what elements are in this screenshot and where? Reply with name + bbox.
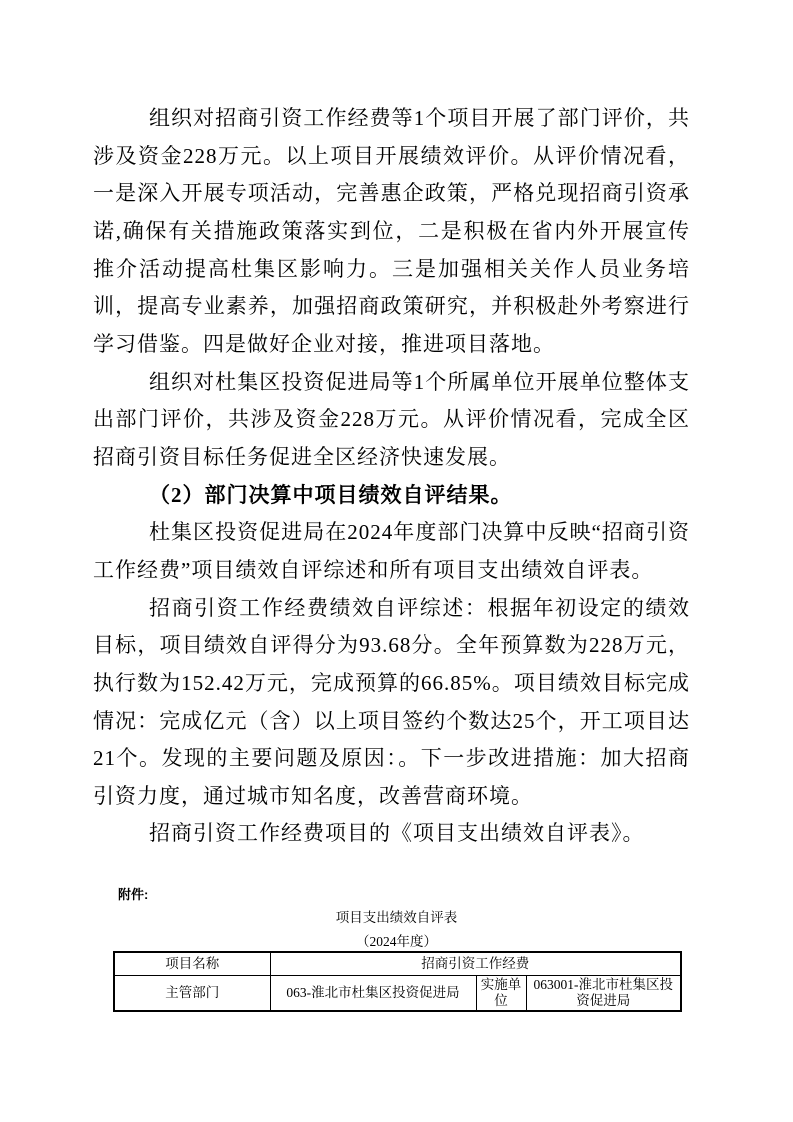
- body-paragraph-3: 杜集区投资促进局在2024年度部门决算中反映“招商引资工作经费”项目绩效自评综述…: [93, 514, 690, 589]
- project-name-label-cell: 项目名称: [114, 952, 270, 975]
- attachment-label: 附件:: [118, 884, 148, 903]
- project-name-value-cell: 招商引资工作经费: [270, 952, 681, 975]
- supervising-dept-value-cell: 063-淮北市杜集区投资促进局: [270, 975, 476, 1011]
- self-eval-table: 项目名称 招商引资工作经费 主管部门 063-淮北市杜集区投资促进局 实施单位 …: [113, 951, 682, 1012]
- table-row-departments: 主管部门 063-淮北市杜集区投资促进局 实施单位 063001-淮北市杜集区投…: [114, 975, 681, 1011]
- body-text-block: 组织对招商引资工作经费等1个项目开展了部门评价，共涉及资金228万元。以上项目开…: [93, 100, 690, 853]
- section-heading: （2）部门决算中项目绩效自评结果。: [93, 477, 690, 515]
- implementing-unit-label-cell: 实施单位: [476, 975, 526, 1011]
- table-year-subtitle: （2024年度）: [0, 930, 793, 950]
- implementing-unit-value-cell: 063001-淮北市杜集区投资促进局: [526, 975, 681, 1011]
- table-title: 项目支出绩效自评表: [0, 906, 793, 926]
- body-paragraph-4: 招商引资工作经费绩效自评综述：根据年初设定的绩效目标，项目绩效自评得分为93.6…: [93, 590, 690, 816]
- body-paragraph-1: 组织对招商引资工作经费等1个项目开展了部门评价，共涉及资金228万元。以上项目开…: [93, 100, 690, 364]
- document-page: 组织对招商引资工作经费等1个项目开展了部门评价，共涉及资金228万元。以上项目开…: [0, 0, 793, 1122]
- body-paragraph-2: 组织对杜集区投资促进局等1个所属单位开展单位整体支出部门评价，共涉及资金228万…: [93, 364, 690, 477]
- supervising-dept-label-cell: 主管部门: [114, 975, 270, 1011]
- body-paragraph-5: 招商引资工作经费项目的《项目支出绩效自评表》。: [93, 815, 690, 853]
- table-row-project-name: 项目名称 招商引资工作经费: [114, 952, 681, 975]
